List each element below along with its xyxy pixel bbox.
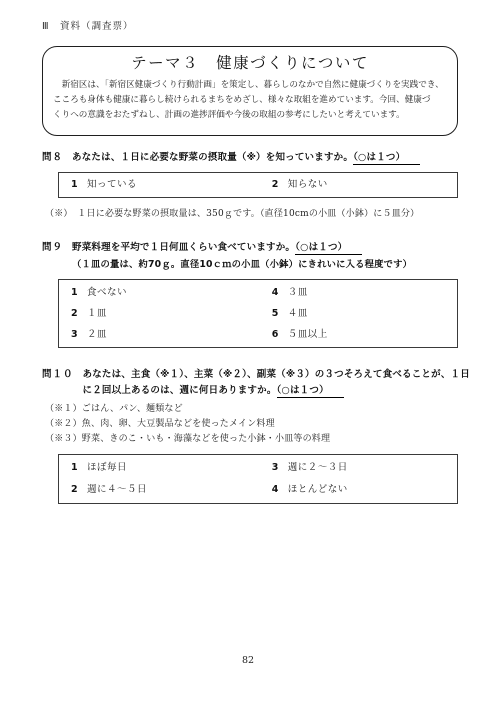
- q8-number: 問８: [42, 151, 63, 165]
- q10-options-col-left: 1 ほぼ毎日 2 週に４～５日: [71, 457, 272, 501]
- survey-document-page: Ⅲ 資料（調査票） テーマ３ 健康づくりについて 新宿区は、「新宿区健康づくり行…: [0, 0, 496, 702]
- q8-option-1: 1 知っている: [71, 175, 272, 195]
- option-label: ほとんどない: [288, 479, 348, 501]
- option-label: 知っている: [87, 175, 137, 195]
- theme-description-line: こころも身体も健康に暮らし続けられるまちをめざし、様々な取組を進めています。今回…: [53, 93, 447, 108]
- q9-options-box: 1 食べない 2 １皿 3 ２皿 4 ３皿 5: [58, 279, 458, 348]
- option-label: ほぼ毎日: [87, 457, 127, 479]
- q9-option-3: 3 ２皿: [71, 324, 272, 345]
- q10-option-3: 3 週に２～３日: [272, 457, 457, 479]
- option-number: 1: [71, 175, 87, 195]
- q10-footnote-3: （※３）野菜、きのこ・いも・海藻などを使った小鉢・小皿等の料理: [45, 432, 458, 447]
- q8-options-col-right: 2 知らない: [272, 175, 457, 195]
- option-number: 2: [71, 479, 87, 501]
- q8-text: あなたは、１日に必要な野菜の摂取量（※）を知っていますか。: [72, 152, 353, 163]
- q10-option-1: 1 ほぼ毎日: [71, 457, 272, 479]
- q8-options-box: 1 知っている 2 知らない: [58, 172, 458, 198]
- option-label: 食べない: [87, 282, 127, 303]
- page-number: 82: [0, 655, 496, 666]
- option-number: 1: [71, 457, 87, 479]
- q9-option-1: 1 食べない: [71, 282, 272, 303]
- q8-footnote: （※） １日に必要な野菜の摂取量は、350ｇです。（直径10cmの小皿（小鉢）に…: [45, 207, 458, 222]
- q8-heading: 問８ あなたは、１日に必要な野菜の摂取量（※）を知っていますか。（○は１つ）: [42, 151, 458, 165]
- option-label: 週に４～５日: [87, 479, 147, 501]
- q10-footnote-2: （※２）魚、肉、卵、大豆製品などを使ったメイン料理: [45, 417, 458, 432]
- option-label: ３皿: [288, 282, 308, 303]
- q9-heading: 問９ 野菜料理を平均で１日何皿くらい食べていますか。（○は１つ） （１皿の量は、…: [42, 241, 458, 272]
- q8-options-col-left: 1 知っている: [71, 175, 272, 195]
- option-number: 2: [71, 303, 87, 324]
- q10-footnotes: （※１）ごはん、パン、麺類など （※２）魚、肉、卵、大豆製品などを使ったメイン料…: [45, 402, 458, 447]
- q10-footnote-1: （※１）ごはん、パン、麺類など: [45, 402, 458, 417]
- theme-description: 新宿区は、「新宿区健康づくり行動計画」を策定し、暮らしのなかで自然に健康づくりを…: [53, 78, 447, 123]
- q9-number: 問９: [42, 241, 63, 272]
- q9-options-col-left: 1 食べない 2 １皿 3 ２皿: [71, 282, 272, 345]
- option-number: 3: [272, 457, 288, 479]
- option-number: 4: [272, 282, 288, 303]
- q8-option-2: 2 知らない: [272, 175, 457, 195]
- q10-text-line1: あなたは、主食（※１）、主菜（※２）、副菜（※３）の３つそろえて食べることが、１…: [83, 368, 470, 382]
- question-q8: 問８ あなたは、１日に必要な野菜の摂取量（※）を知っていますか。（○は１つ） 1…: [42, 151, 458, 222]
- theme-description-line: くりへの意識をおたずねし、計画の進捗評価や今後の取組の参考にしたいと考えています…: [53, 108, 447, 123]
- option-number: 1: [71, 282, 87, 303]
- question-q10: 問１０ あなたは、主食（※１）、主菜（※２）、副菜（※３）の３つそろえて食べるこ…: [42, 368, 458, 504]
- option-label: ４皿: [288, 303, 308, 324]
- option-label: ５皿以上: [288, 324, 328, 345]
- option-label: 週に２～３日: [288, 457, 348, 479]
- option-number: 5: [272, 303, 288, 324]
- option-number: 6: [272, 324, 288, 345]
- q9-options-col-right: 4 ３皿 5 ４皿 6 ５皿以上: [272, 282, 457, 345]
- q10-instruction: （○は１つ）: [277, 385, 344, 398]
- q9-option-6: 6 ５皿以上: [272, 324, 457, 345]
- q9-subtext: （１皿の量は、約70ｇ。直径10ｃｍの小皿（小鉢）にきれいに入る程度です）: [72, 257, 458, 272]
- theme-title: テーマ３ 健康づくりについて: [53, 52, 447, 75]
- q10-options-col-right: 3 週に２～３日 4 ほとんどない: [272, 457, 457, 501]
- theme-intro-box: テーマ３ 健康づくりについて 新宿区は、「新宿区健康づくり行動計画」を策定し、暮…: [42, 46, 458, 136]
- question-q9: 問９ 野菜料理を平均で１日何皿くらい食べていますか。（○は１つ） （１皿の量は、…: [42, 241, 458, 348]
- option-label: ２皿: [87, 324, 107, 345]
- section-header: Ⅲ 資料（調査票）: [42, 20, 458, 33]
- option-label: 知らない: [288, 175, 328, 195]
- q10-text-line2: に２回以上あるのは、週に何日ありますか。: [83, 385, 277, 396]
- option-label: １皿: [87, 303, 107, 324]
- q10-options-box: 1 ほぼ毎日 2 週に４～５日 3 週に２～３日 4 ほとんどない: [58, 454, 458, 504]
- q8-instruction: （○は１つ）: [353, 152, 420, 165]
- q10-heading: 問１０ あなたは、主食（※１）、主菜（※２）、副菜（※３）の３つそろえて食べるこ…: [42, 368, 458, 398]
- option-number: 3: [71, 324, 87, 345]
- q9-option-2: 2 １皿: [71, 303, 272, 324]
- q10-option-2: 2 週に４～５日: [71, 479, 272, 501]
- q10-number: 問１０: [42, 368, 74, 398]
- q9-text: 野菜料理を平均で１日何皿くらい食べていますか。: [72, 242, 295, 253]
- q10-option-4: 4 ほとんどない: [272, 479, 457, 501]
- option-number: 2: [272, 175, 288, 195]
- theme-description-line: 新宿区は、「新宿区健康づくり行動計画」を策定し、暮らしのなかで自然に健康づくりを…: [53, 78, 447, 93]
- q9-option-5: 5 ４皿: [272, 303, 457, 324]
- option-number: 4: [272, 479, 288, 501]
- q9-option-4: 4 ３皿: [272, 282, 457, 303]
- q9-instruction: （○は１つ）: [295, 242, 362, 255]
